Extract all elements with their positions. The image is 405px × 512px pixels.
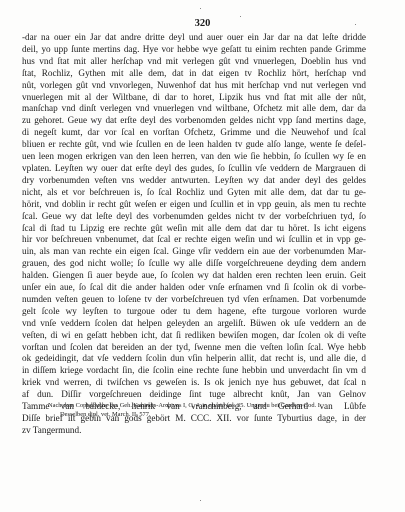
- text-line: gelt ſcole wy leyſten to turgoue oder tu…: [22, 306, 366, 318]
- scan-speck: [355, 24, 356, 25]
- text-line: vorſtan und ſcolen dat bereiden an der t…: [22, 342, 366, 354]
- text-line: af dun. Diſſir vorgeſchreuen deidinge ſi…: [22, 389, 366, 401]
- text-line: in diſſem kriege vordacht ſin, die ſcoli…: [22, 365, 366, 377]
- text-line: bliuen er rechte gût, vnd wie ſcullen en…: [22, 139, 366, 151]
- text-line: hus vnd ſtat mit aller herſchap vnd mit …: [22, 56, 366, 68]
- text-line: hörit, vnd doblin ir recht gût weſen er …: [22, 199, 366, 211]
- document-page: 320 -dar na ouer ein Jar dat andre dritt…: [0, 0, 405, 512]
- text-line: zu gehoret. Geue wy dat erſte deyl des v…: [22, 115, 366, 127]
- text-line: vnd vnſe veddern ſcolen dat helpen geley…: [22, 318, 366, 330]
- text-line: deil, yo upp ſunte mertins dag. Hye vor …: [22, 44, 366, 56]
- text-line: ſcal. Geue wy dat leſte deyl des vorbenu…: [22, 211, 366, 223]
- text-line: di negeſt kumt, dar vor ſcal en vorſtan …: [22, 127, 366, 139]
- footnote: Nach dem Copialbuche des Geh. Kabinets-A…: [48, 401, 368, 419]
- text-line: halden. Giengen ſi auer beyde aue, ſo ſc…: [22, 270, 366, 282]
- text-line: dry vorbenumden veſten vns wedder antwur…: [22, 175, 366, 187]
- text-line: unſer ein aue, ſo ſcal dit die ander hal…: [22, 282, 366, 294]
- text-line: manſchap vnd dinſt verlegen vnd vnuerleg…: [22, 103, 366, 115]
- text-line: ok gedeidingit, dat vſe veddern ſcolin d…: [22, 353, 366, 365]
- text-line: -dar na ouer ein Jar dat andre dritte de…: [22, 32, 366, 44]
- scan-speck: [200, 8, 201, 9]
- footnote-line-1: Nach dem Copialbuche des Geh. Kabinets-A…: [48, 401, 368, 410]
- text-line: zv Tangermund.: [22, 425, 366, 437]
- document-body: -dar na ouer ein Jar dat andre dritte de…: [22, 32, 366, 437]
- text-line: kriek vnd werren, di twiſchen vs geweſen…: [22, 377, 366, 389]
- text-line: nût, vorlegen gût vnd vnvorlegen, Nuwenh…: [22, 80, 366, 92]
- page-number: 320: [0, 18, 405, 29]
- text-line: ſcal di ſtad tu Lipzig ere rechte gût we…: [22, 223, 366, 235]
- text-line: hir vor beſchreuen vnbenumet, dat ſcal e…: [22, 234, 366, 246]
- text-line: vnuerlegen mit al der Wiltbane, di dar t…: [22, 92, 366, 104]
- text-line: uen leen mogen erkrigen van den leen her…: [22, 151, 366, 163]
- text-line: vplaten. Leyſten wy ouer dat erſte deyl …: [22, 163, 366, 175]
- footnote-line-2: Desselben dipl. vet. March. II, 577.: [48, 410, 368, 419]
- text-line: veſten, di wi en geſatt hebben icht, dat…: [22, 330, 366, 342]
- text-line: uin, als man van rechte ein eigen ſcal. …: [22, 246, 366, 258]
- text-line: ſtat, Rochliz, Gythen mit alle dem, dat …: [22, 68, 366, 80]
- text-line: numden veſten geuen to loſene tv der vor…: [22, 294, 366, 306]
- text-line: nicht, als et vor beſchreuen is, ſo ſcal…: [22, 187, 366, 199]
- text-line: grauen, des god nicht wolle; ſo ſculle w…: [22, 258, 366, 270]
- scan-speck: [240, 16, 241, 17]
- scan-speck: [200, 500, 201, 501]
